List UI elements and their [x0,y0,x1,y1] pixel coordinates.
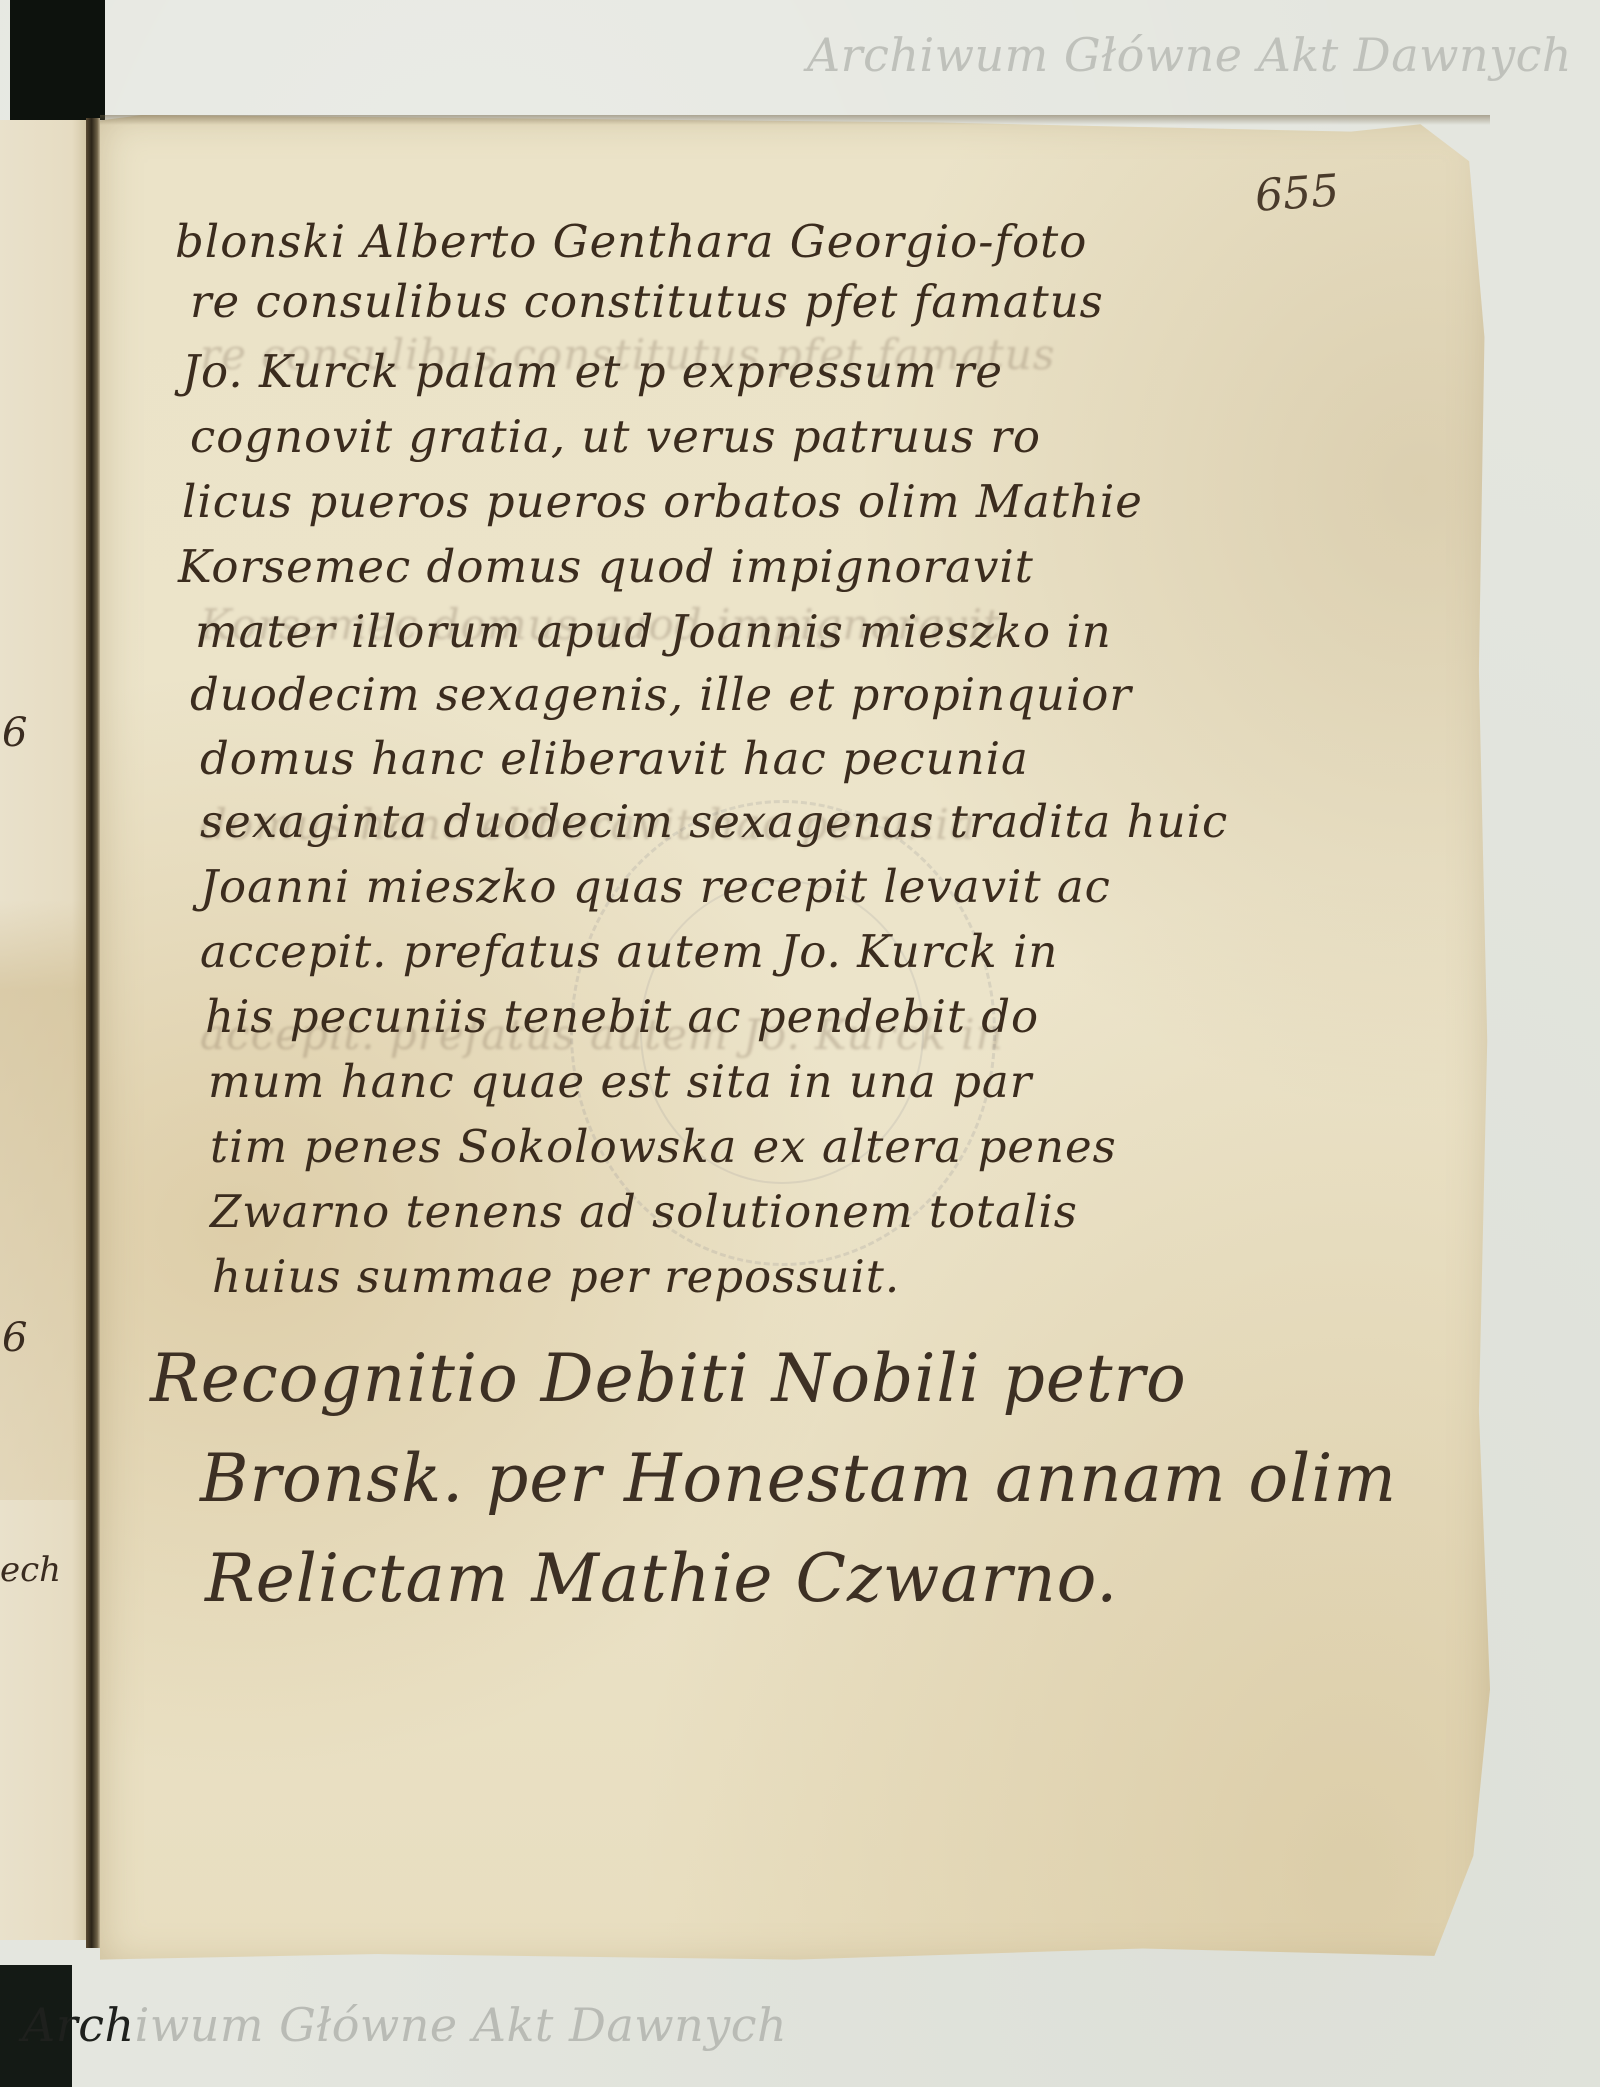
watermark-light-part: iwum Główne Akt Dawnych [135,1998,788,2052]
manuscript-line: Zwarno tenens ad solutionem totalis [210,1185,1078,1238]
watermark-dark-part: Arch [22,1998,135,2052]
page-edge-shadow [100,115,1490,125]
folio-number: 655 [1253,165,1340,222]
heading-line: Relictam Mathie Czwarno. [205,1540,1118,1617]
manuscript-line: mum hanc quae est sita in una par [208,1055,1032,1108]
archive-watermark-bottom: Archiwum Główne Akt Dawnych [22,1998,787,2052]
manuscript-line: tim penes Sokolowska ex altera penes [210,1120,1117,1173]
facing-page-mark: 6 [2,710,27,756]
manuscript-line: Jo. Kurck palam et p expressum re [182,345,1003,398]
facing-page-mark: ech [0,1550,61,1590]
folio-number-text: 655 [1253,165,1340,222]
manuscript-line: blonski Alberto Genthara Georgio-foto [175,215,1087,268]
binding-strip-top [10,0,105,120]
manuscript-line: domus hanc eliberavit hac pecunia [200,732,1029,785]
manuscript-line: Korsemec domus quod impignoravit [178,540,1034,593]
manuscript-line: re consulibus constitutus pfet famatus [190,275,1104,328]
manuscript-line: accepit. prefatus autem Jo. Kurck in [200,925,1058,978]
heading-line: Bronsk. per Honestam annam olim [200,1440,1397,1517]
book-gutter [86,118,100,1948]
manuscript-line: licus pueros pueros orbatos olim Mathie [182,475,1143,528]
water-stain [0,900,90,1500]
manuscript-line: sexaginta duodecim sexagenas tradita hui… [200,795,1228,848]
manuscript-line: Joanni mieszko quas recepit levavit ac [200,860,1111,913]
archive-watermark-top: Archiwum Główne Akt Dawnych [807,28,1572,82]
manuscript-line: huius summae per repossuit. [212,1250,900,1303]
manuscript-line: mater illorum apud Joannis mieszko in [195,605,1112,658]
manuscript-line: cognovit gratia, ut verus patruus ro [190,410,1041,463]
heading-line: Recognitio Debiti Nobili petro [150,1340,1187,1417]
manuscript-line: duodecim sexagenis, ille et propinquior [190,668,1132,721]
facing-page-mark: 6 [2,1315,27,1361]
manuscript-line: his pecuniis tenebit ac pendebit do [205,990,1039,1043]
facing-page-left: 6 6 ech [0,120,90,1940]
